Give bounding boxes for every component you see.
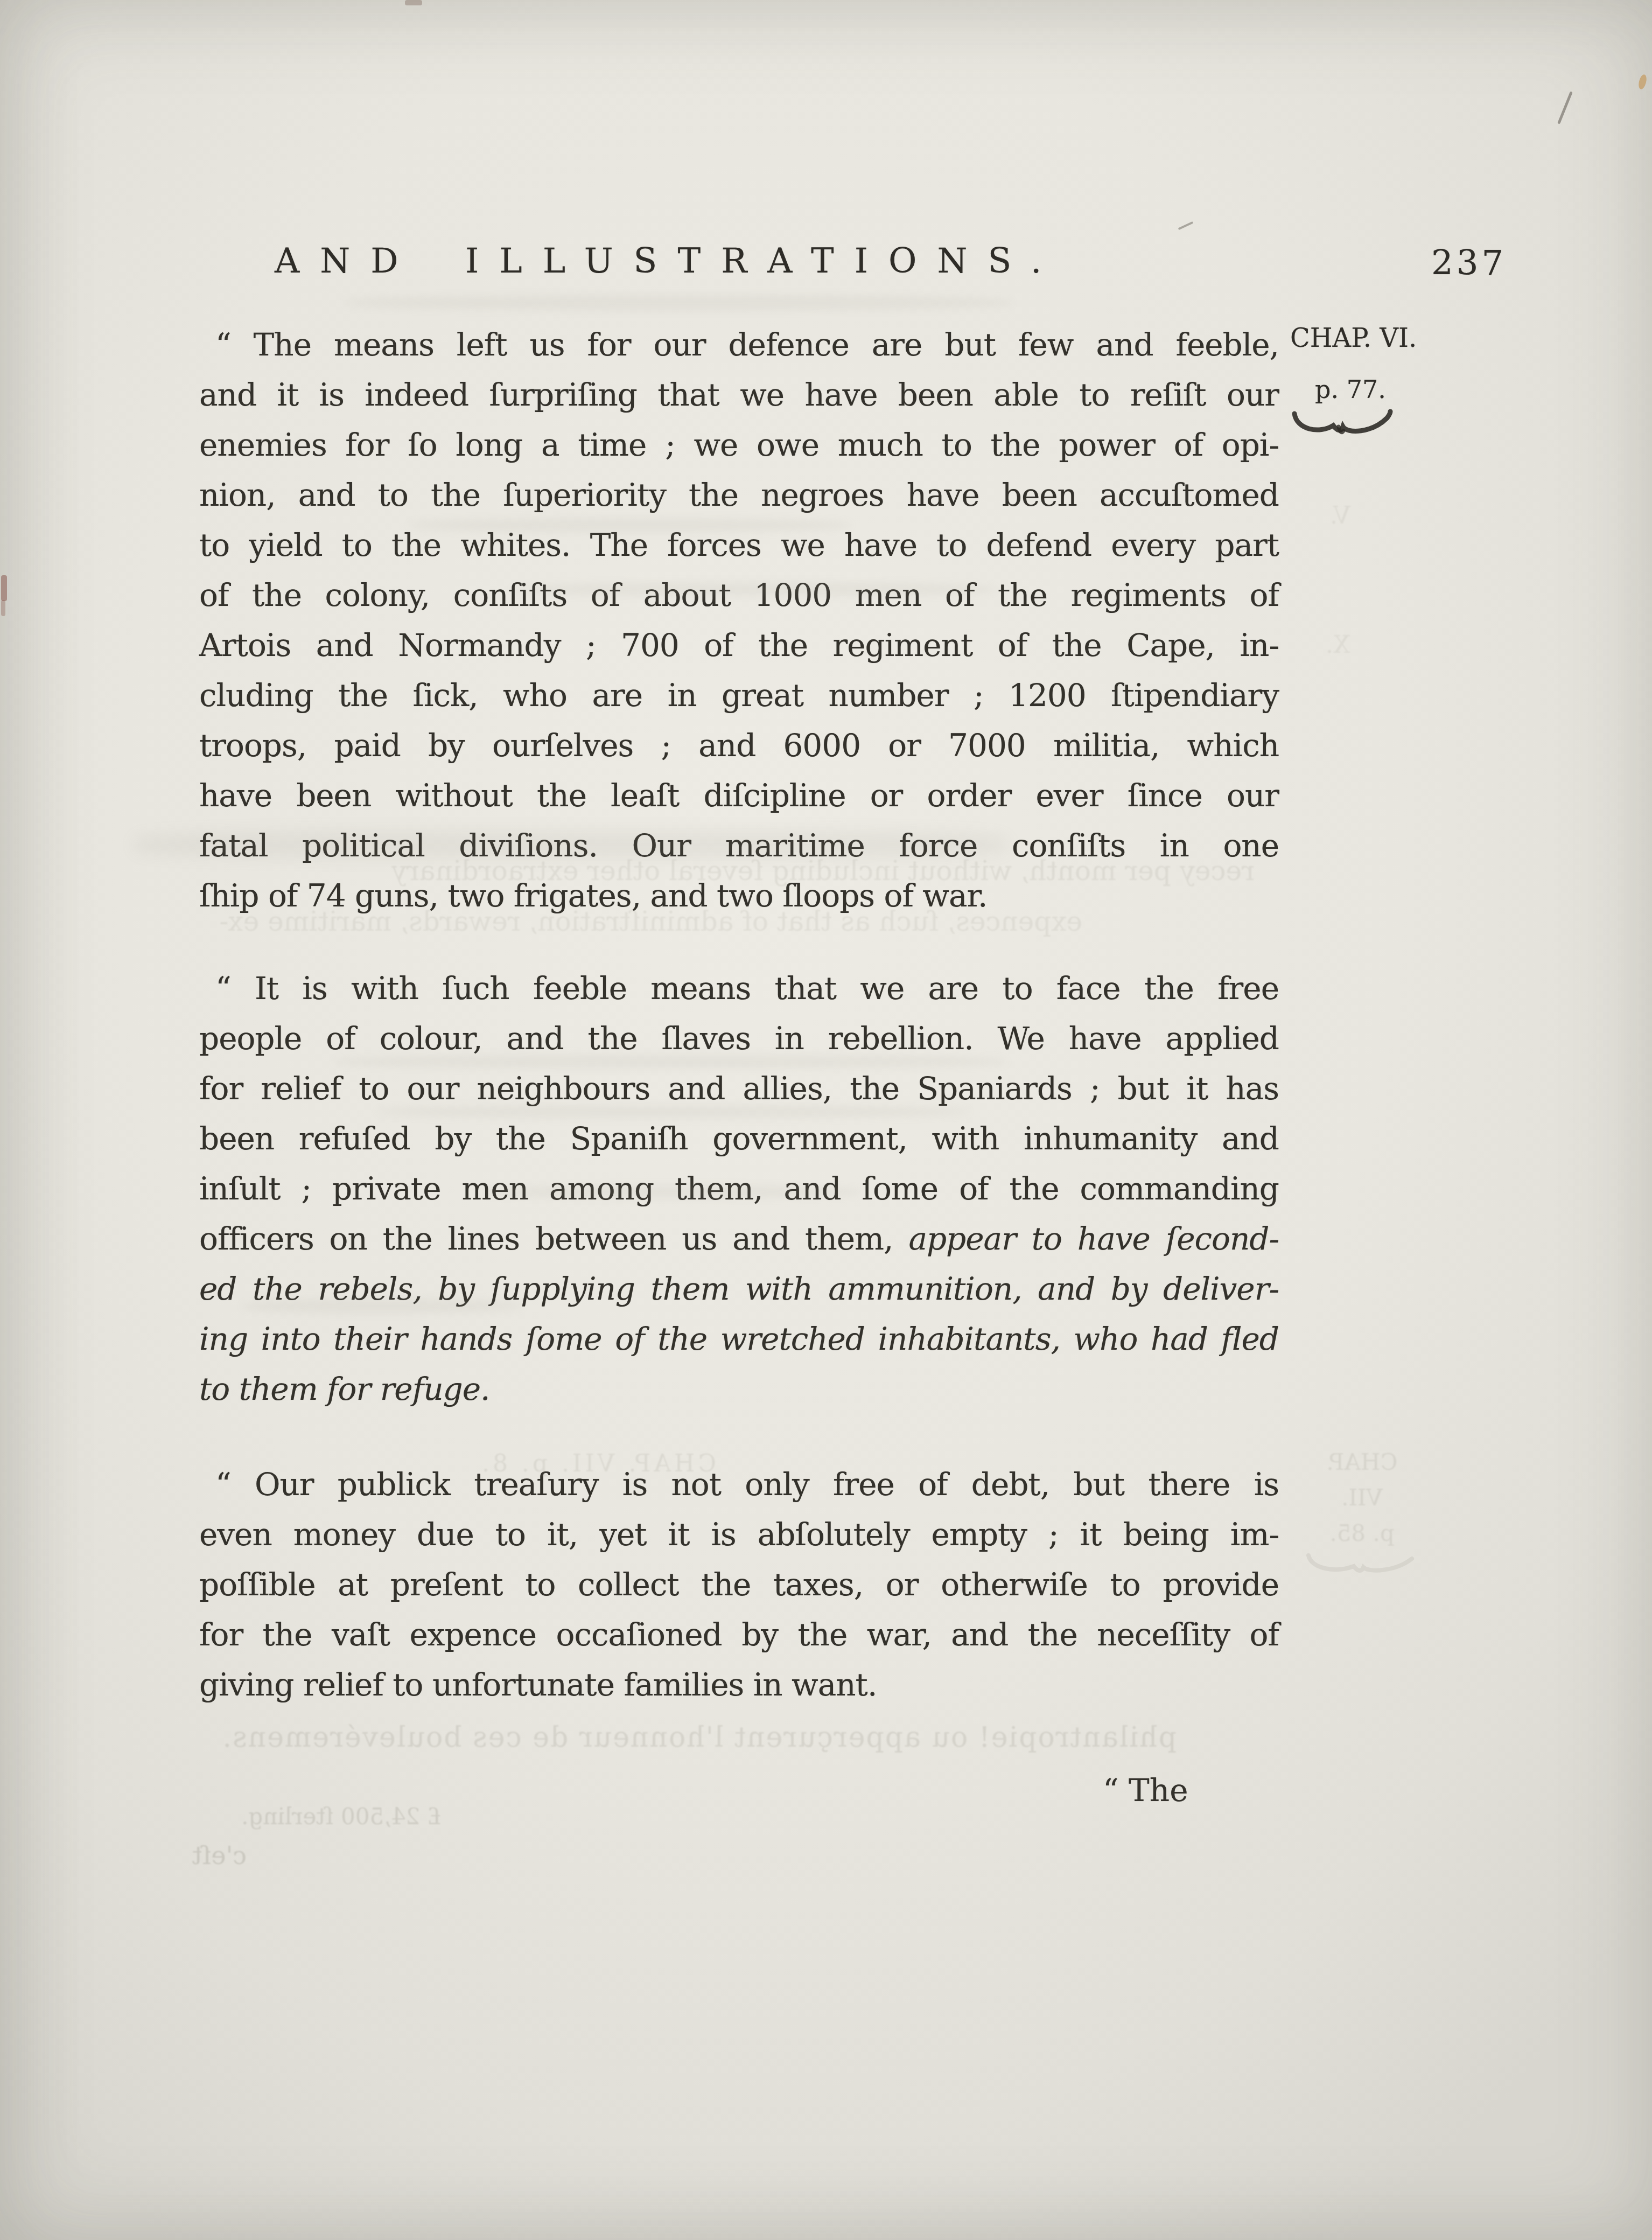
showthrough-smudge (377, 1105, 969, 1118)
showthrough-smudge (242, 1299, 522, 1313)
ghost-showthrough-text: c'eſt (204, 1841, 247, 1870)
text-segment: to them for refuge. (199, 1371, 489, 1407)
running-header: AND ILLUSTRATIONS. (275, 241, 1062, 281)
text-segment: poſſible at preſent to collect the taxes… (199, 1566, 1279, 1603)
text-line: troops, paid by ourſelves ; and 6000 or … (199, 721, 1279, 771)
ghost-showthrough-chapter-line: CHAP. VII. p. 8. (517, 1450, 716, 1477)
ghost-showthrough-margin-note: CHAP. VII. p. 85. (1304, 1445, 1420, 1578)
page-edge-mark (405, 0, 422, 5)
text-line: have been without the leaſt diſcipline o… (199, 771, 1279, 821)
showthrough-smudge (409, 518, 851, 532)
page-edge-mark (1, 575, 7, 601)
text-segment: appear to have ſecond- (908, 1220, 1279, 1257)
text-segment: have been without the leaſt diſcipline o… (199, 777, 1279, 814)
paper-speck (1178, 221, 1194, 230)
ghost-margin-p85: p. 85. (1304, 1516, 1420, 1551)
text-segment: officers on the lines between us and the… (199, 1220, 908, 1257)
text-line: even money due to it, yet it is abſolute… (199, 1510, 1279, 1560)
ghost-margin-vii: VII. (1304, 1480, 1420, 1516)
text-segment: enemies for ſo long a time ; we owe much… (199, 427, 1279, 463)
text-line: officers on the lines between us and the… (199, 1214, 1279, 1264)
text-segment: giving relief to unfortunate families in… (199, 1666, 877, 1703)
paper-fiber-fleck (1637, 74, 1648, 90)
page-number: 237 (1431, 243, 1507, 283)
ghost-margin-chapter: CHAP. (1304, 1445, 1420, 1480)
text-segment: cluding the ſick, who are in great numbe… (199, 677, 1279, 714)
text-line: ing into their hands ſome of the wretche… (199, 1314, 1279, 1364)
text-line: cluding the ſick, who are in great numbe… (199, 671, 1279, 721)
text-segment: “ Our publick treaſury is not only free … (215, 1466, 1279, 1503)
paper-speck (1557, 91, 1573, 124)
scanned-book-page: AND ILLUSTRATIONS. 237 CHAP. VI. p. 77. … (0, 0, 1652, 2240)
text-segment: and it is indeed ſurpriſing that we have… (199, 376, 1279, 413)
text-segment: troops, paid by ourſelves ; and 6000 or … (199, 727, 1279, 764)
text-segment: been refuſed by the Spaniſh government, … (199, 1120, 1279, 1157)
text-line: Artois and Normandy ; 700 of the regimen… (199, 620, 1279, 671)
text-segment: even money due to it, yet it is abſolute… (199, 1516, 1279, 1553)
text-line: to them for refuge. (199, 1364, 1279, 1414)
text-line: “ The means left us for our defence are … (199, 320, 1279, 370)
page-edge-mark (1, 600, 5, 616)
text-line: giving relief to unfortunate families in… (199, 1660, 1279, 1710)
page-crease-shadow (135, 831, 1007, 859)
text-line: and it is indeed ſurpriſing that we have… (199, 370, 1279, 420)
ghost-showthrough-text: recey per month, without including ſever… (258, 855, 1255, 887)
showthrough-smudge (512, 583, 996, 596)
ghost-showthrough-text: philantropie! ou apperçurent l'honneur d… (210, 1721, 1177, 1754)
showthrough-smudge (485, 1186, 862, 1198)
margin-brace-icon (1291, 408, 1394, 441)
catchword: “ The (1103, 1766, 1188, 1816)
text-segment: ing into their hands ſome of the wretche… (199, 1321, 1279, 1357)
showthrough-smudge (345, 295, 1012, 310)
text-segment: people of colour, and the ſlaves in rebe… (199, 1020, 1279, 1057)
text-segment: for the vaſt expence occaſioned by the w… (199, 1616, 1279, 1653)
text-line: enemies for ſo long a time ; we owe much… (199, 420, 1279, 470)
text-line: for the vaſt expence occaſioned by the w… (199, 1610, 1279, 1660)
showthrough-smudge (334, 1055, 1007, 1069)
text-line: nion, and to the ſuperiority the negroes… (199, 470, 1279, 520)
text-line: “ It is with ſuch feeble means that we a… (199, 964, 1279, 1014)
margin-note-page-ref: p. 77. (1315, 375, 1386, 404)
ghost-showthrough-margin-mark: X. (1326, 631, 1350, 659)
text-segment: “ It is with ſuch feeble means that we a… (215, 970, 1279, 1007)
ghost-showthrough-text: expences, ſuch as that of adminiſtration… (210, 906, 1082, 937)
paragraph-3: “ Our publick treaſury is not only free … (199, 1460, 1279, 1710)
ghost-showthrough-footnote: £ 24,500 ſterling. (339, 1803, 442, 1830)
ghost-showthrough-margin-mark: V. (1330, 502, 1350, 529)
text-segment: for relief to our neighbours and allies,… (199, 1070, 1279, 1107)
text-segment: “ The means left us for our defence are … (215, 326, 1279, 363)
text-segment: Artois and Normandy ; 700 of the regimen… (199, 627, 1279, 664)
text-line: “ Our publick treaſury is not only free … (199, 1460, 1279, 1510)
text-segment: to yield to the whites. The forces we ha… (199, 527, 1279, 563)
text-line: poſſible at preſent to collect the taxes… (199, 1560, 1279, 1610)
text-segment: nion, and to the ſuperiority the negroes… (199, 477, 1279, 513)
text-line: been refuſed by the Spaniſh government, … (199, 1114, 1279, 1164)
ghost-margin-brace-icon (1304, 1551, 1417, 1576)
margin-note-chapter: CHAP. VI. (1290, 323, 1417, 353)
